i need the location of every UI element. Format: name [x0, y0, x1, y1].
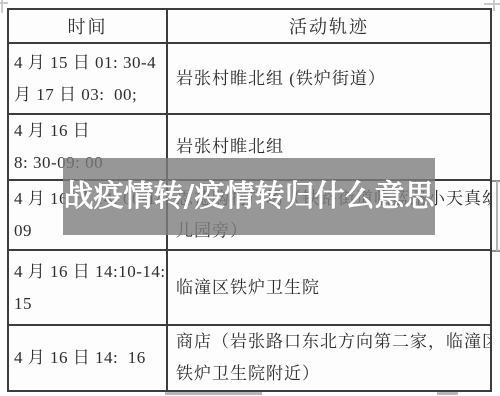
track-text: 岩张村睢北组 (铁炉街道） — [176, 63, 490, 95]
scan-artifact-bottom-edge — [437, 392, 458, 395]
scan-artifact-top-right — [493, 0, 495, 11]
track-text: 临潼区铁炉卫生院 — [176, 272, 490, 304]
time-text: 4 月 16 日 14: 16 — [14, 342, 166, 374]
header-time-label: 时间 — [68, 13, 108, 39]
header-track-label: 活动轨迹 — [289, 13, 369, 39]
time-text: 15 — [14, 288, 166, 320]
watermark-text: 战疫情转/疫情转归什么意思 — [64, 179, 435, 214]
watermark-overlay: 战疫情转/疫情转归什么意思 — [63, 158, 435, 235]
time-text: 4 月 16 日 14:10-14: — [14, 256, 166, 288]
track-text: 商店（岩张路口东北方向第二家，临潼区 — [176, 326, 490, 358]
scan-artifact-right-edge — [496, 181, 498, 251]
time-text: 月 17 日 03: 00; — [14, 79, 166, 111]
track-cell: 岩张村睢北组 (铁炉街道） — [168, 44, 490, 115]
time-text: 4 月 15 日 01: 30-4 — [14, 47, 166, 79]
scan-artifact-top-left — [0, 2, 8, 4]
time-cell: 4 月 16 日 14: 16 — [9, 326, 168, 390]
contact-tracing-scan: 时间 活动轨迹 4 月 15 日 01: 30-4 月 17 日 03: 00;… — [0, 0, 500, 396]
time-cell: 4 月 16 日 14:10-14: 15 — [9, 251, 168, 326]
header-track-cell: 活动轨迹 — [168, 10, 490, 44]
header-time-cell: 时间 — [9, 10, 168, 44]
track-text: 铁炉卫生院附近） — [176, 358, 490, 390]
time-text: 4 月 16 日 — [14, 115, 166, 147]
track-cell: 临潼区铁炉卫生院 — [168, 251, 490, 326]
track-cell: 商店（岩张路口东北方向第二家，临潼区 铁炉卫生院附近） — [168, 326, 490, 390]
time-cell: 4 月 15 日 01: 30-4 月 17 日 03: 00; — [9, 44, 168, 115]
scan-artifact-top-right — [484, 3, 500, 5]
scan-artifact-bottom-edge — [165, 392, 262, 395]
